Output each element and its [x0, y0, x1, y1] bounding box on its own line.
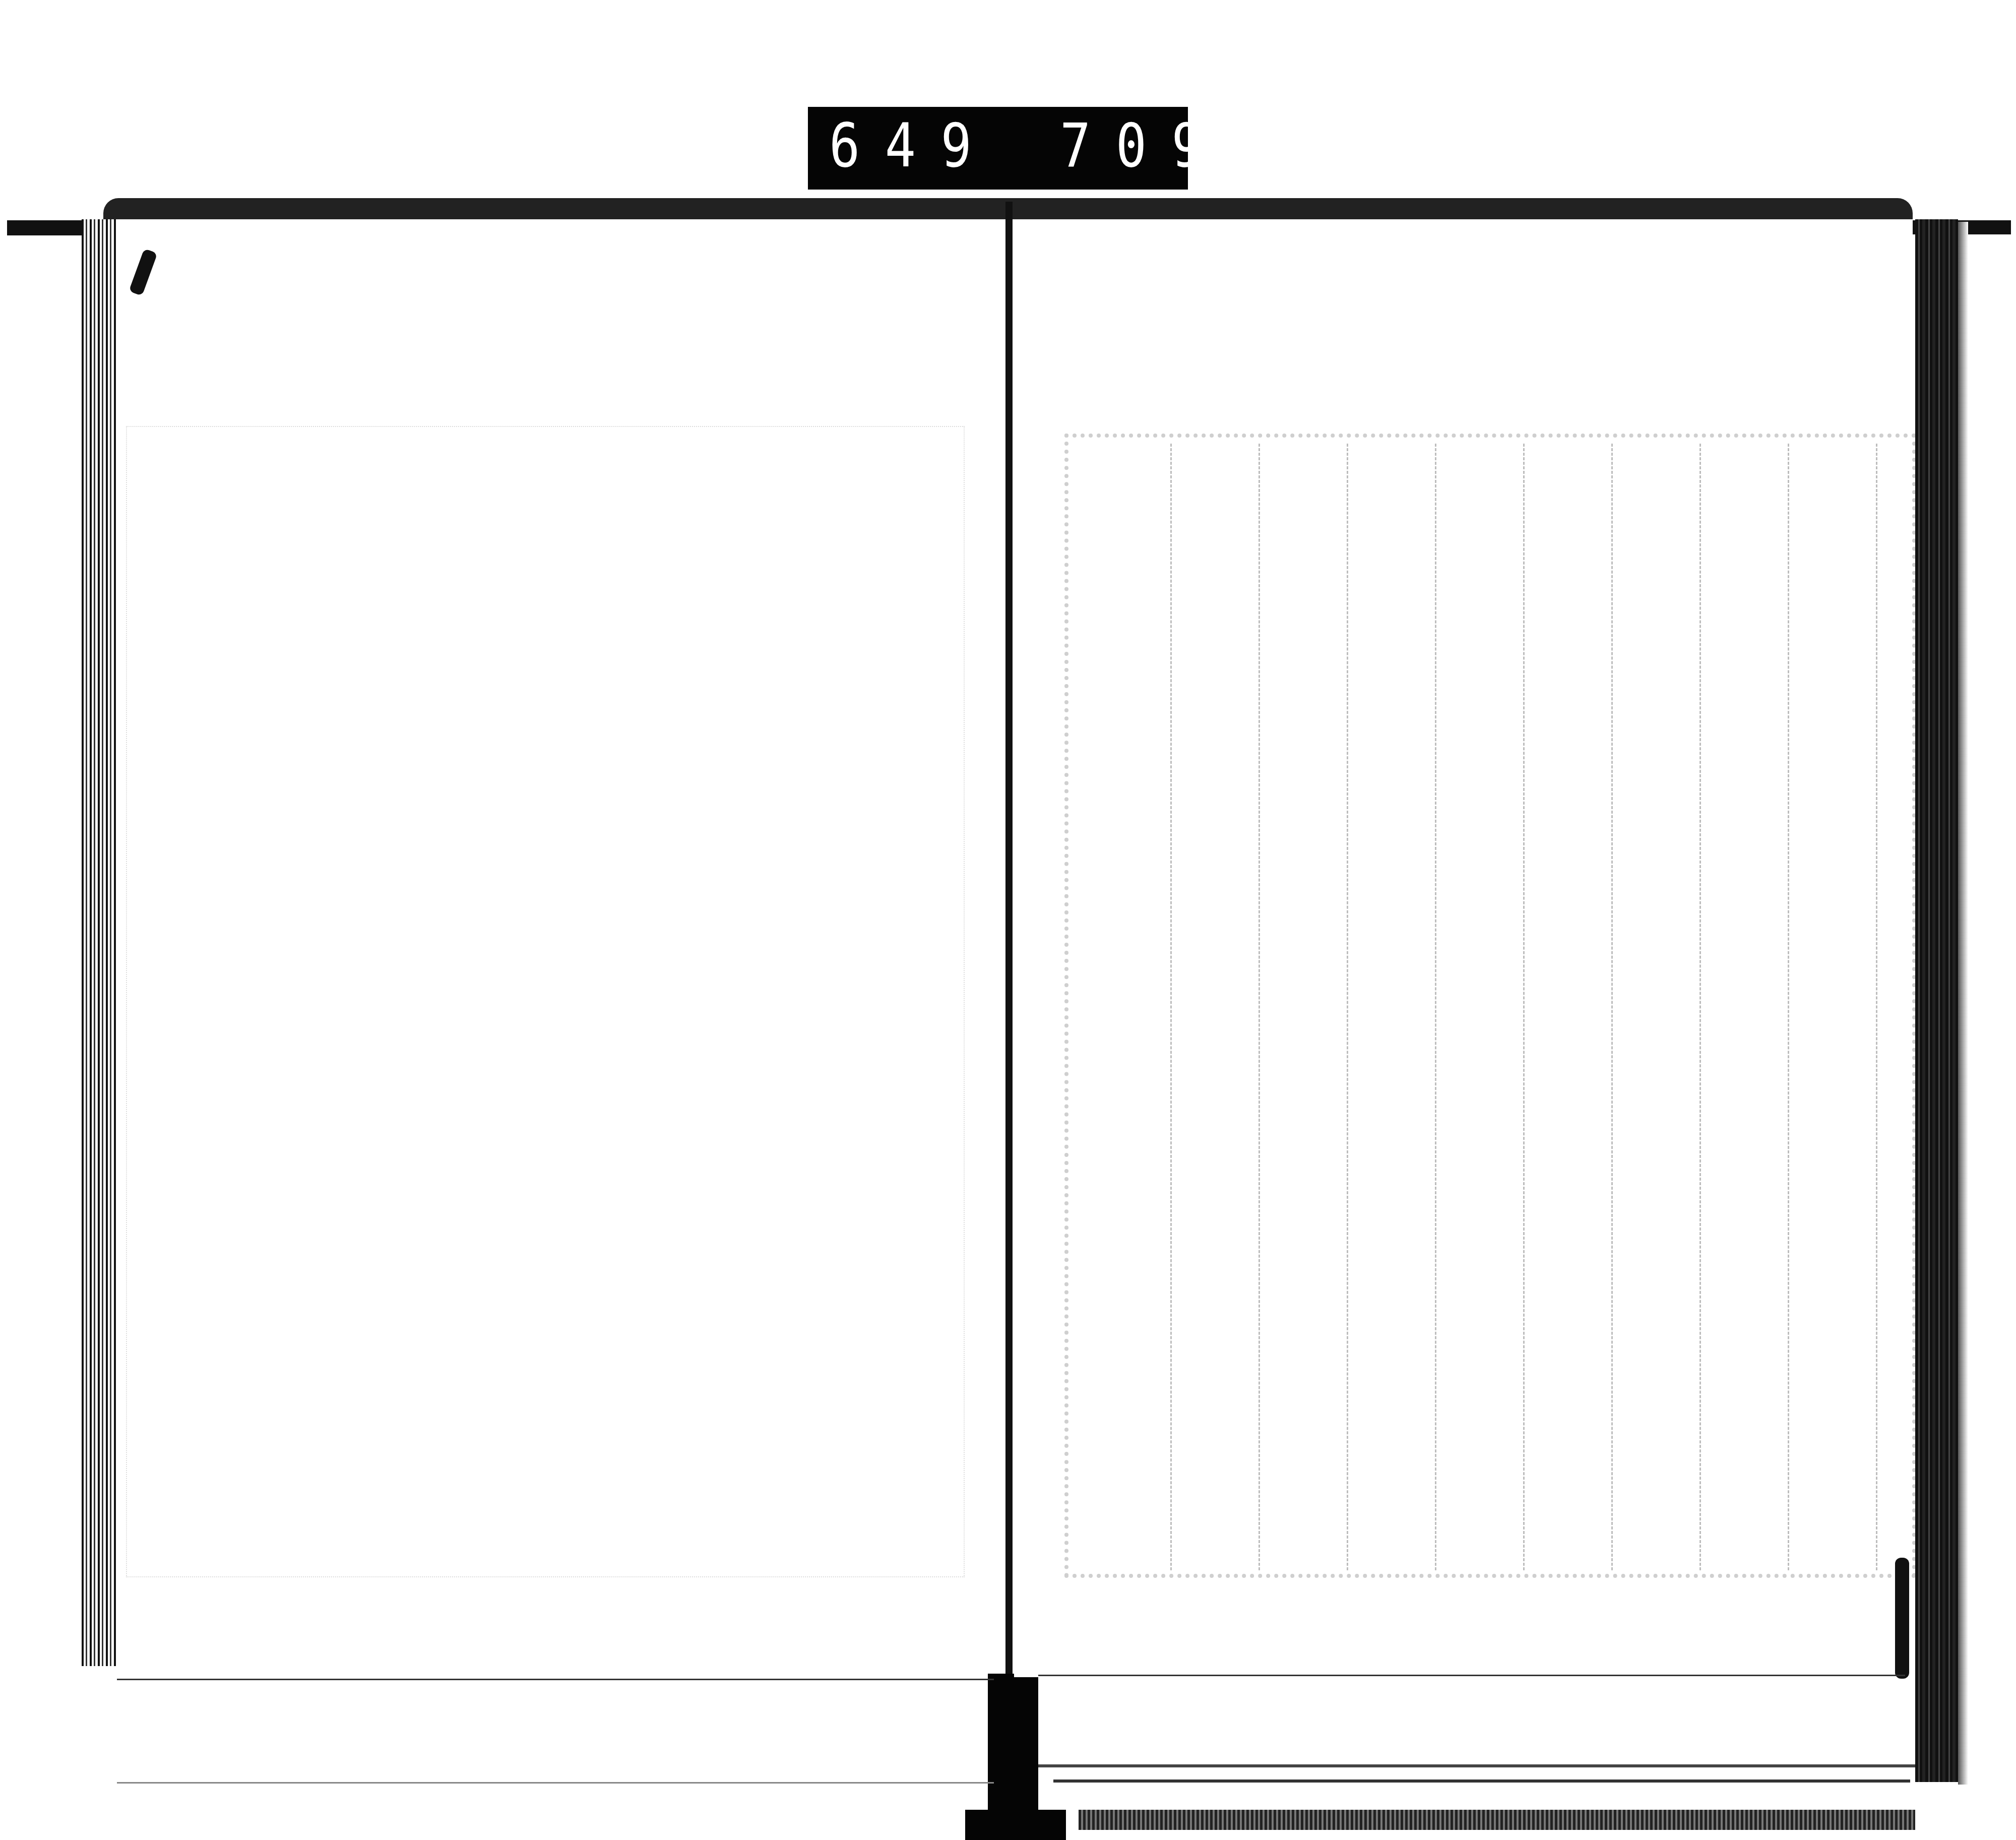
ledger-column-line	[1523, 444, 1525, 1570]
right-page-bottom-edge	[1038, 1675, 1905, 1676]
label-left-number: 649	[829, 116, 996, 176]
right-page-shadow	[1958, 222, 1968, 1785]
ledger-column-line	[1170, 444, 1172, 1570]
ledger-column-line	[1699, 444, 1701, 1570]
spine-base	[965, 1810, 1066, 1840]
left-page-stack-edge	[82, 219, 117, 1666]
ledger-column-line	[1611, 444, 1613, 1570]
right-page-lower-edge-2	[1053, 1780, 1910, 1783]
ledger-column-line	[1258, 444, 1260, 1570]
ink-blot	[1895, 1558, 1909, 1679]
ledger-column-line	[1347, 444, 1348, 1570]
ledger-column-line	[1788, 444, 1789, 1570]
ledger-column-line	[1876, 444, 1877, 1570]
left-page-faint-frame	[126, 426, 965, 1577]
ledger-column-line	[1435, 444, 1436, 1570]
cover-bottom-edge	[1079, 1810, 1915, 1830]
label-right-number: 709.	[1060, 116, 1283, 176]
left-page-bottom-edge	[117, 1679, 994, 1680]
right-page-stack-edge	[1915, 219, 1958, 1782]
book-spine	[1005, 202, 1013, 1684]
right-page-lower-edge	[1038, 1764, 1915, 1767]
frame-number-label: 649 709.	[805, 107, 1188, 190]
left-page-lower-edge	[117, 1782, 994, 1784]
